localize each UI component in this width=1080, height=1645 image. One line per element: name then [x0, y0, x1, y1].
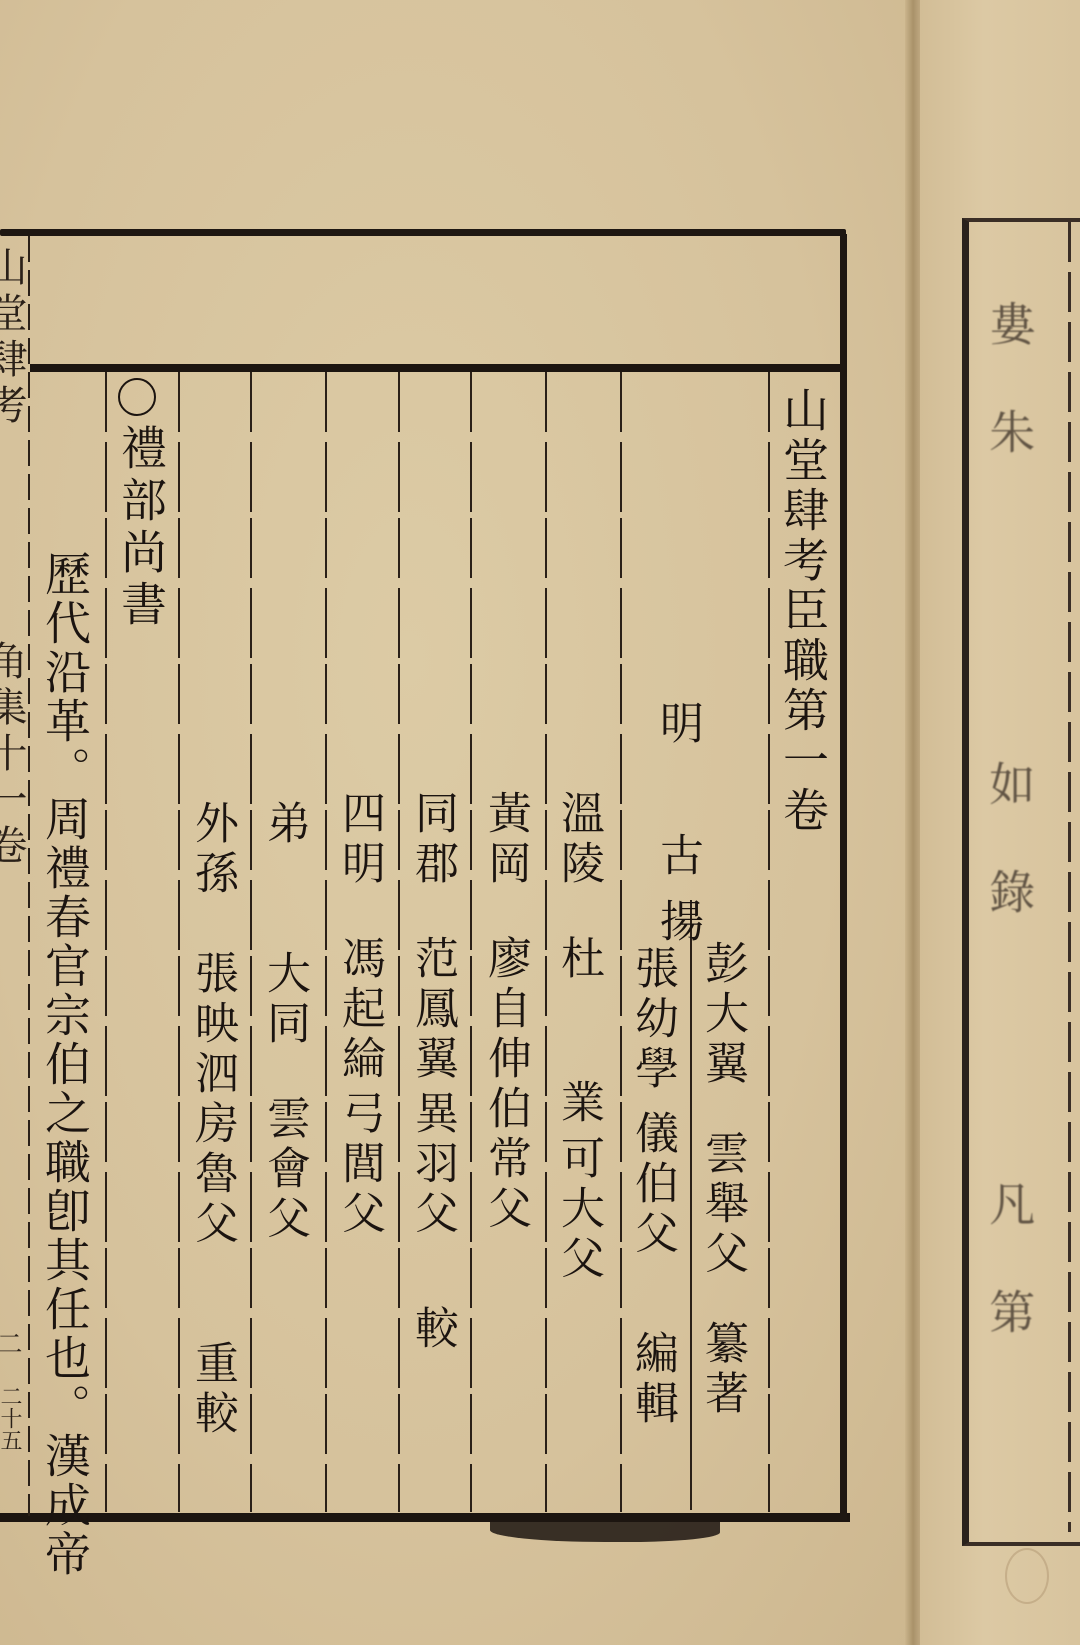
- book-title-column: 山堂肆考臣職第一卷: [780, 386, 826, 836]
- credit-role: 較: [410, 1305, 454, 1355]
- credit-name: 張幼學: [630, 945, 674, 1095]
- credit-role: 重較: [190, 1340, 234, 1440]
- credit-courtesy: 異羽父: [410, 1090, 454, 1240]
- credit-courtesy: 雲舉父: [700, 1130, 744, 1280]
- right-page-fragment: 婁 朱: [985, 300, 1033, 458]
- column-rule: [325, 372, 327, 1512]
- frame-left-rule: [28, 236, 30, 1516]
- credit-name: 張映泗: [190, 950, 234, 1100]
- credit-origin: 外孫: [190, 800, 234, 900]
- credit-courtesy: 儀伯父: [630, 1110, 674, 1260]
- column-rule: [545, 372, 547, 1512]
- credit-origin: 黃岡: [483, 790, 527, 890]
- credit-role: 纂著: [700, 1320, 744, 1420]
- credit-name: 廖自伸: [483, 935, 527, 1085]
- section-heading: 禮部尚書: [118, 378, 168, 628]
- column-rule: [398, 372, 400, 1512]
- frame-header-border: [30, 364, 842, 372]
- column-rule: [178, 372, 180, 1512]
- right-page-rule: [1068, 222, 1071, 1532]
- credit-origin: 四明: [337, 790, 381, 890]
- edge-page-number: 二: [0, 1330, 20, 1362]
- faint-seal-stamp: [1005, 1548, 1049, 1604]
- column-rule: [620, 372, 622, 1512]
- credit-courtesy: 弓閭父: [337, 1090, 381, 1240]
- credit-origin: 溫陵: [556, 790, 600, 890]
- credit-courtesy: 房魯父: [190, 1100, 234, 1250]
- body-text-column: 歷代沿革。周禮春官宗伯之職卽其任也。漢成帝: [42, 550, 88, 1579]
- credit-origin: 明 古揚: [655, 700, 699, 964]
- credit-name: 范鳳翼: [410, 935, 454, 1085]
- credit-courtesy: 雲會父: [262, 1095, 306, 1245]
- right-page-fragment: 如 錄: [985, 760, 1033, 918]
- credit-name: 馮起綸: [337, 935, 381, 1085]
- frame-top-border: [0, 229, 846, 236]
- edge-volume: 角集十一卷: [0, 640, 24, 870]
- credit-name: 彭大翼: [700, 940, 744, 1090]
- column-rule: [470, 372, 472, 1512]
- credit-origin: 同郡: [410, 790, 454, 890]
- credit-courtesy: 可大父: [556, 1135, 600, 1285]
- credit-name: 大同: [262, 950, 306, 1050]
- frame-bottom-border: [0, 1513, 850, 1522]
- column-rule: [690, 900, 692, 1510]
- edge-page-number: 二十五: [0, 1385, 20, 1451]
- section-heading-text: 禮部尚書: [118, 424, 164, 632]
- column-rule: [768, 372, 770, 1512]
- section-circle-mark: [118, 378, 156, 416]
- credit-role: 編輯: [630, 1330, 674, 1430]
- credit-name: 杜 業: [556, 935, 600, 1151]
- ink-blot: [490, 1518, 720, 1542]
- frame-right-border: [840, 234, 847, 1520]
- column-rule: [250, 372, 252, 1512]
- credit-origin: 弟: [262, 800, 306, 850]
- credit-courtesy: 伯常父: [483, 1085, 527, 1235]
- column-rule: [105, 372, 107, 1512]
- edge-title: 山堂肆考: [0, 246, 24, 430]
- right-page-fragment: 凡 第: [985, 1180, 1033, 1338]
